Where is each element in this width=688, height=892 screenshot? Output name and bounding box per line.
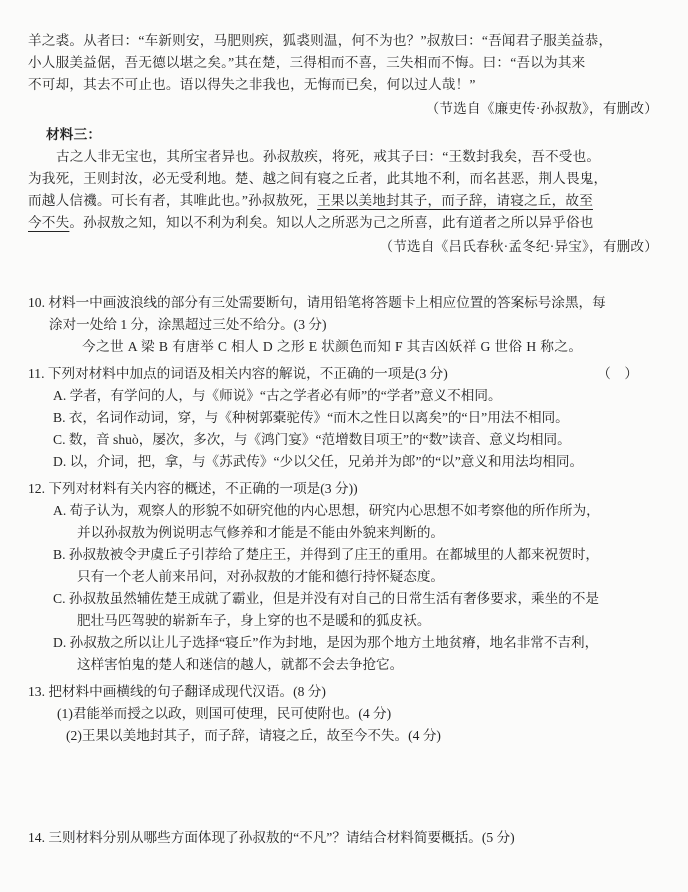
question-11-stem: 11. 下列对材料中加点的词语及相关内容的解说，不正确的一项是(3 分) [28, 363, 448, 385]
passage-line: 小人服美益倨，吾无德以堪之矣。”其在楚，三得相而不喜，三失相而不悔。曰：“吾以为… [28, 52, 660, 74]
question-12-option-c-continued: 肥壮马匹驾驶的崭新车子，身上穿的也不是暖和的狐皮袄。 [77, 610, 660, 632]
question-12-option-a: A. 荀子认为，观察人的形貌不如研究他的内心思想，研究内心思想不如考察他的所作所… [53, 500, 660, 522]
passage-line: 为我死，王则封汝，必无受利地。楚、越之间有寝之丘者，此其地不利，而名甚恶，荆人畏… [28, 168, 660, 190]
question-14-stem: 14. 三则材料分别从哪些方面体现了孙叔敖的“不凡”？请结合材料简要概括。(5 … [28, 827, 660, 849]
material3-heading: 材料三： [46, 124, 660, 146]
question-10-punctuation-sentence: 今之世 A 梁 B 有唐举 C 相人 D 之形 E 状颜色而知 F 其吉凶妖祥 … [82, 336, 660, 358]
question-10-stem: 10. 材料一中画波浪线的部分有三处需要断句，请用铅笔将答题卡上相应位置的答案标… [28, 292, 660, 314]
answer-bracket: （ ） [597, 363, 638, 385]
material3-passage: 材料三： 古之人非无宝也，其所宝者异也。孙叔敖疾，将死，戒其子曰：“王数封我矣，… [28, 124, 660, 258]
underlined-passage-segment: 王果以美地封其子，而子辞，请寝之丘，故至 [317, 193, 593, 208]
question-13: 13. 把材料中画横线的句子翻译成现代汉语。(8 分) (1)君能举而授之以政，… [28, 681, 660, 747]
passage-line: 羊之裘。从者曰：“车新则安，马肥则疾，狐裘则温，何不为也？”叔敖曰：“吾闻君子服… [28, 30, 660, 52]
question-11-option-b: B. 衣，名词作动词，穿，与《种树郭橐驼传》“而木之性日以离矣”的“日”用法不相… [53, 407, 660, 429]
question-12-option-c: C. 孙叔敖虽然辅佐楚王成就了霸业，但是并没有对自己的日常生活有奢侈要求，乘坐的… [53, 588, 660, 610]
passage-line: 而越人信禨。可长有者，其唯此也。”孙叔敖死，王果以美地封其子，而子辞，请寝之丘，… [28, 190, 660, 212]
underlined-passage-segment: 今不失 [28, 215, 69, 230]
material1-passage: 羊之裘。从者曰：“车新则安，马肥则疾，狐裘则温，何不为也？”叔敖曰：“吾闻君子服… [28, 30, 660, 120]
passage-line: 古之人非无宝也，其所宝者异也。孙叔敖疾，将死，戒其子曰：“王数封我矣，吾不受也。 [56, 146, 660, 168]
question-12: 12. 下列对材料有关内容的概述，不正确的一项是(3 分)) A. 荀子认为，观… [28, 478, 660, 676]
question-11-option-c: C. 数，音 shuò，屡次，多次，与《鸿门宴》“范增数目项王”的“数”读音、意… [53, 429, 660, 451]
question-12-option-d-continued: 这样害怕鬼的楚人和迷信的越人，就都不会去争抢它。 [77, 654, 660, 676]
passage-line: 不可却，其去不可止也。语以得失之非我也，无悔而已矣，何以过人哉！” [28, 74, 660, 96]
question-13-sub1: (1)君能举而授之以政，则国可使理，民可使附也。(4 分) [57, 703, 660, 725]
question-11-stem-row: 11. 下列对材料中加点的词语及相关内容的解说，不正确的一项是(3 分) （ ） [28, 363, 660, 385]
question-12-option-a-continued: 并以孙叔敖为例说明志气修养和才能是不能由外貌来判断的。 [77, 522, 660, 544]
passage-segment: 而越人信禨。可长有者，其唯此也。”孙叔敖死， [28, 193, 317, 208]
question-11-option-a: A. 学者，有学问的人，与《师说》“古之学者必有师”的“学者”意义不相同。 [53, 385, 660, 407]
question-12-stem: 12. 下列对材料有关内容的概述，不正确的一项是(3 分)) [28, 478, 660, 500]
passage-segment: 。孙叔敖之知，知以不利为利矣。知以人之所恶为己之所喜，此有道者之所以异乎俗也 [69, 215, 593, 230]
question-10-stem-continued: 涂对一处给 1 分，涂黑超过三处不给分。(3 分) [49, 314, 660, 336]
passage-line: 今不失。孙叔敖之知，知以不利为利矣。知以人之所恶为己之所喜，此有道者之所以异乎俗… [28, 212, 660, 234]
exam-page: 羊之裘。从者曰：“车新则安，马肥则疾，狐裘则温，何不为也？”叔敖曰：“吾闻君子服… [0, 0, 688, 892]
question-13-sub2: (2)王果以美地封其子，而子辞，请寝之丘，故至今不失。(4 分) [66, 725, 660, 747]
question-11: 11. 下列对材料中加点的词语及相关内容的解说，不正确的一项是(3 分) （ ）… [28, 363, 660, 473]
question-14: 14. 三则材料分别从哪些方面体现了孙叔敖的“不凡”？请结合材料简要概括。(5 … [28, 827, 660, 849]
question-12-option-d: D. 孙叔敖之所以让儿子选择“寝丘”作为封地，是因为那个地方土地贫瘠，地名非常不… [53, 632, 660, 654]
question-12-option-b: B. 孙叔敖被令尹虞丘子引荐给了楚庄王，并得到了庄王的重用。在都城里的人都来祝贺… [53, 544, 660, 566]
question-10: 10. 材料一中画波浪线的部分有三处需要断句，请用铅笔将答题卡上相应位置的答案标… [28, 292, 660, 358]
question-13-stem: 13. 把材料中画横线的句子翻译成现代汉语。(8 分) [28, 681, 660, 703]
question-11-option-d: D. 以，介词，把，拿，与《苏武传》“少以父任，兄弟并为郎”的“以”意义和用法均… [53, 451, 660, 473]
question-12-option-b-continued: 只有一个老人前来吊问，对孙叔敖的才能和德行持怀疑态度。 [77, 566, 660, 588]
material3-attribution: （节选自《吕氏春秋·孟冬纪·异宝》，有删改） [28, 236, 660, 258]
material1-attribution: （节选自《廉吏传·孙叔敖》，有删改） [28, 98, 660, 120]
